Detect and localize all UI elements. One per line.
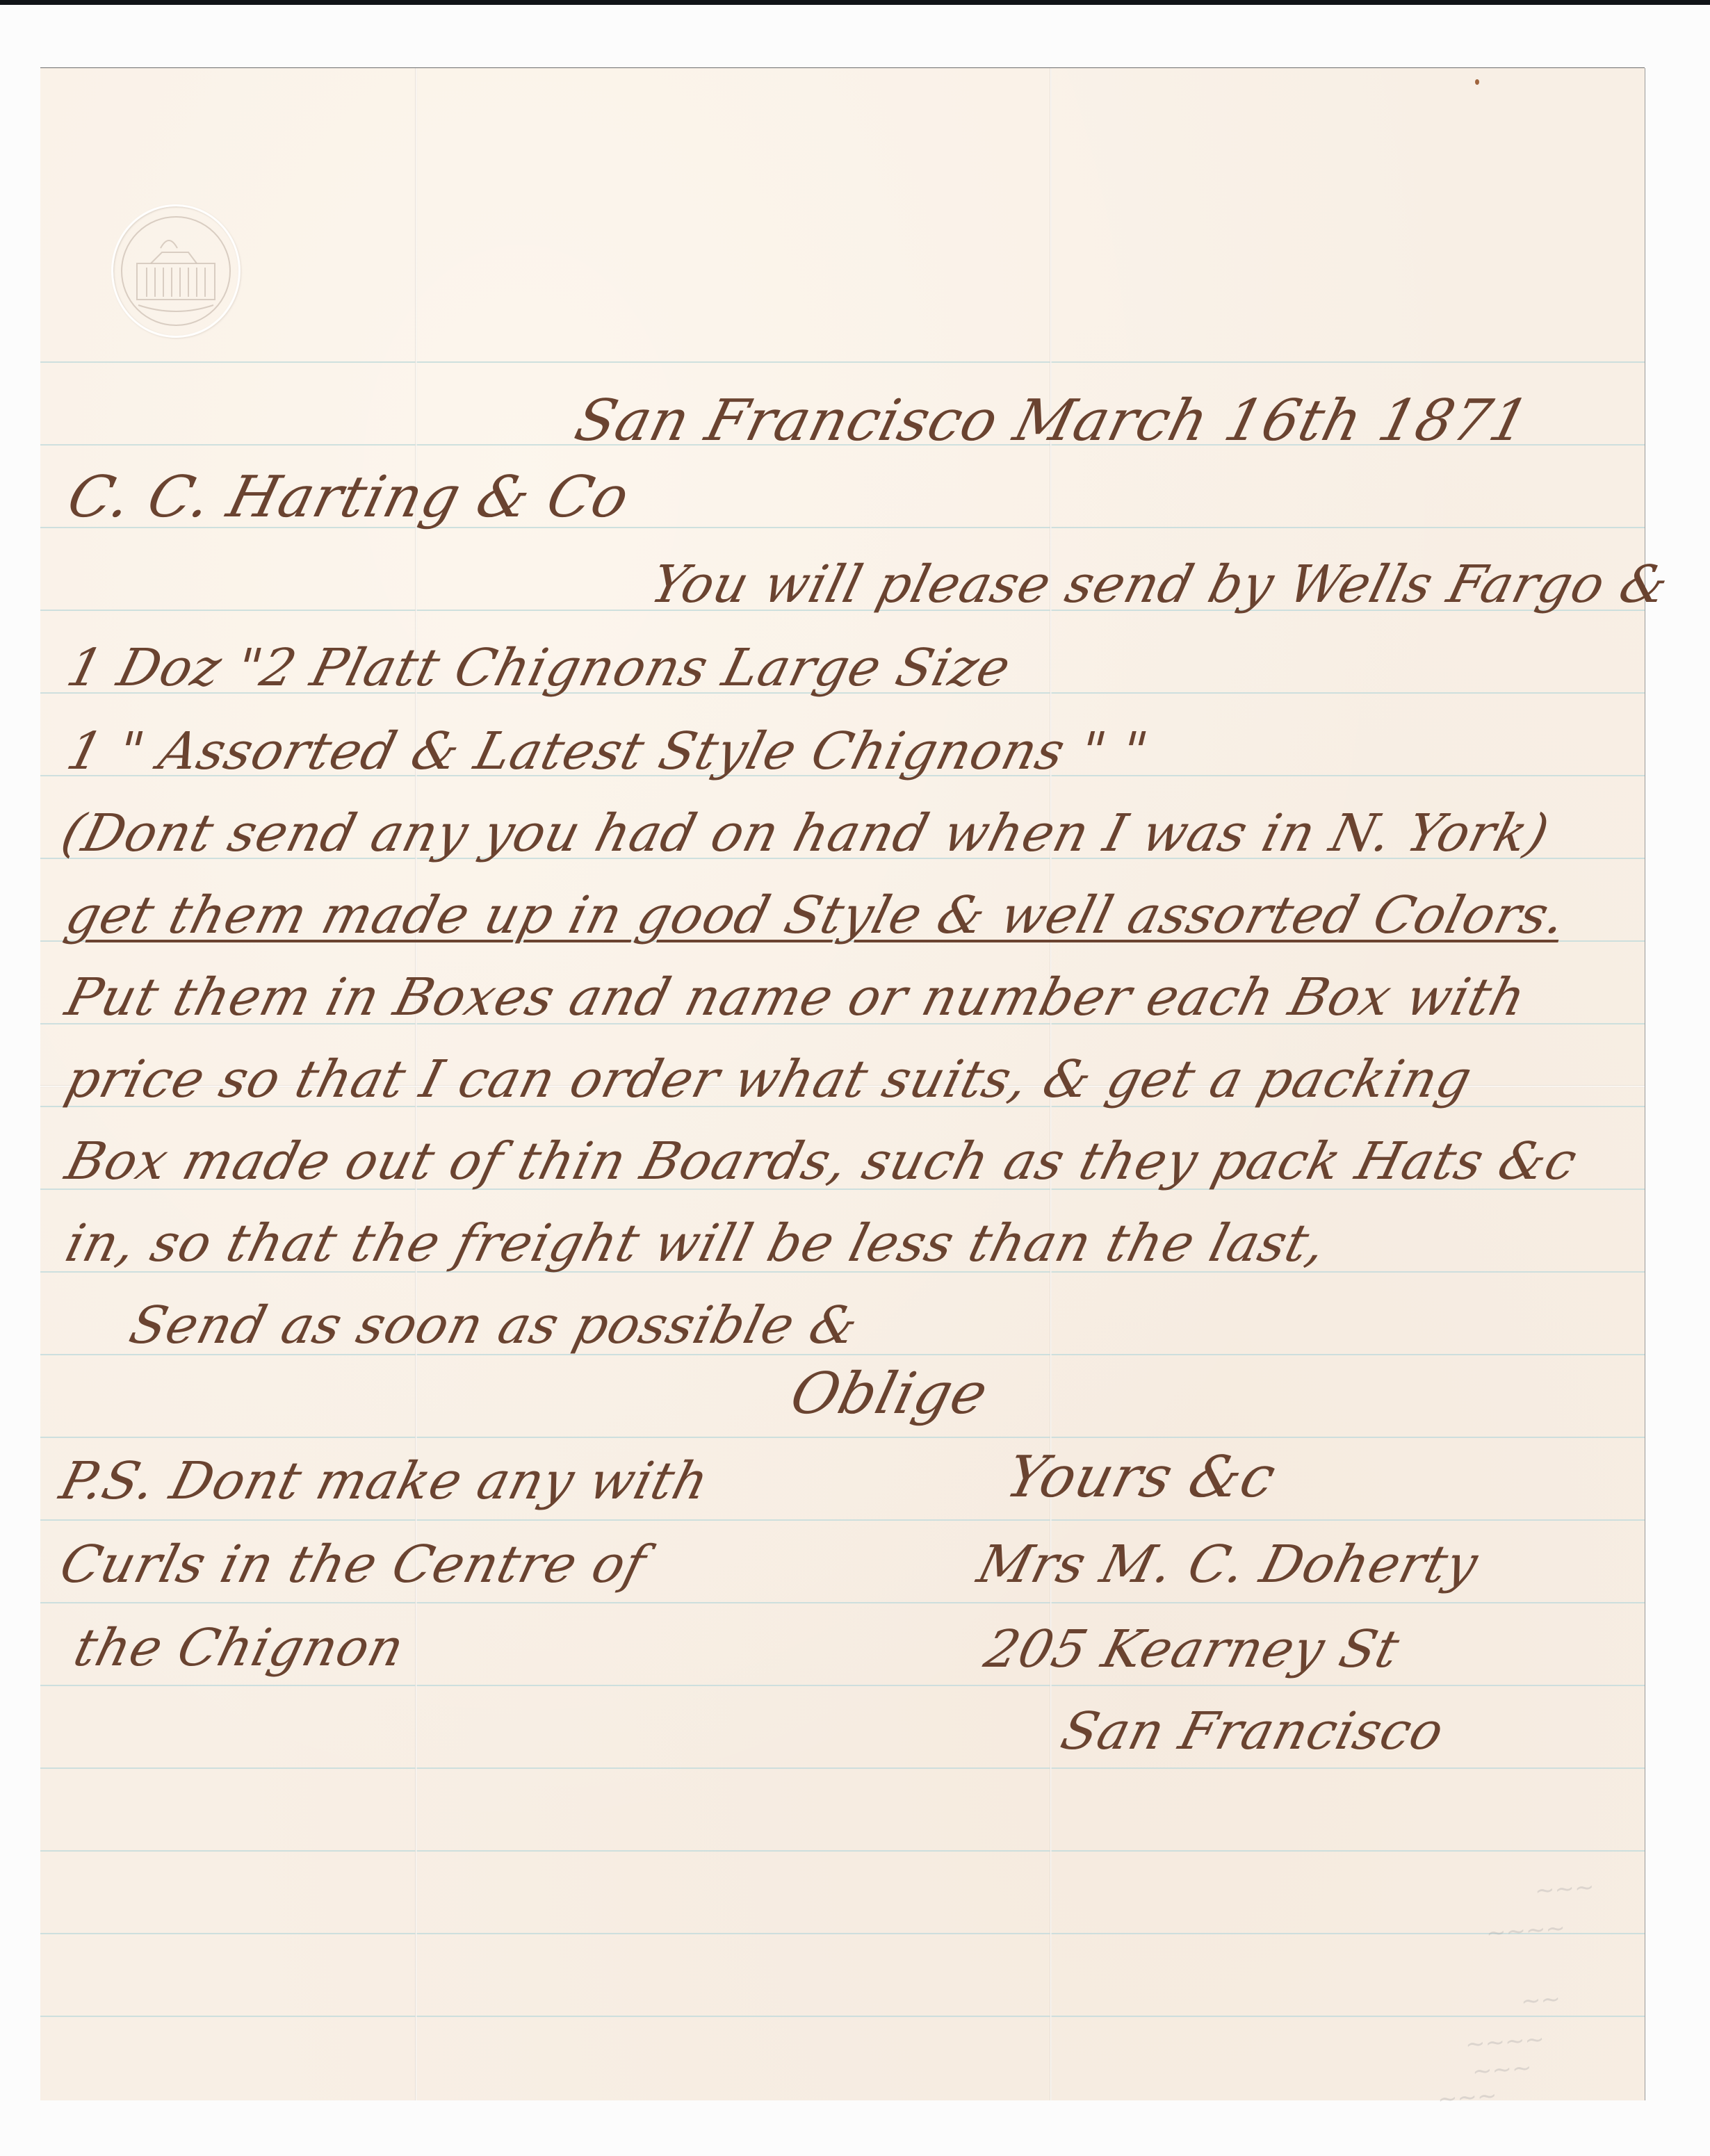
postscript-line: Curls in the Centre of (54, 1535, 652, 1594)
letter-body-line: 1 " Assorted & Latest Style Chignons " " (61, 721, 1154, 781)
ruled-line (40, 361, 1645, 363)
letter-closing: Oblige (784, 1361, 995, 1427)
ruled-line (40, 1519, 1645, 1521)
faint-pencil-mark: ~~~~ (1465, 2025, 1545, 2059)
building-emboss-icon (113, 206, 238, 336)
faint-pencil-mark: ~~~ (1472, 2054, 1533, 2086)
faint-pencil-mark: ~~~~ (1485, 1914, 1566, 1947)
letter-body-line: in, so that the freight will be less tha… (60, 1214, 1333, 1273)
ruled-line (40, 1685, 1645, 1686)
signature-city: San Francisco (1055, 1701, 1450, 1761)
letter-body-line: price so that I can order what suits, & … (60, 1050, 1478, 1109)
scanner-top-edge (0, 0, 1710, 5)
postscript-line: P.S. Dont make any with (54, 1451, 715, 1511)
letter-addressee: C. C. Harting & Co (61, 464, 636, 530)
postscript-line: the Chignon (68, 1618, 410, 1678)
faint-pencil-mark: ~~ (1520, 1985, 1562, 2016)
letter-body-line: 1 Doz "2 Platt Chignons Large Size (61, 638, 1017, 698)
letter-dateline: San Francisco March 16th 1871 (569, 388, 1536, 454)
letter-body-line: (Dont send any you had on hand when I wa… (56, 803, 1555, 863)
ink-speck (1475, 79, 1479, 85)
ruled-line (40, 1437, 1645, 1438)
letter-body-line: Send as soon as possible & (124, 1296, 865, 1355)
signature-street: 205 Kearney St (979, 1619, 1406, 1679)
ruled-line (40, 2016, 1645, 2017)
embossed-seal-icon (111, 204, 241, 338)
letter-body-line: Put them in Boxes and name or number eac… (60, 967, 1532, 1027)
letter-sheet: San Francisco March 16th 1871 C. C. Hart… (40, 68, 1645, 2100)
faint-pencil-mark: ~~~ (1534, 1873, 1595, 1905)
signature-valediction: Yours &c (1000, 1444, 1282, 1510)
letter-body-line: You will please send by Wells Fargo & (645, 555, 1675, 614)
ruled-line (40, 1767, 1645, 1769)
ruled-line (40, 1850, 1645, 1852)
letter-body-line: get them made up in good Style & well as… (60, 885, 1572, 945)
letter-body-line: Box made out of thin Boards, such as the… (60, 1132, 1583, 1191)
faint-pencil-mark: ~~~ (1437, 2082, 1498, 2114)
signature-name: Mrs M. C. Doherty (972, 1535, 1484, 1594)
ruled-line (40, 1602, 1645, 1603)
ruled-line (40, 1933, 1645, 1934)
